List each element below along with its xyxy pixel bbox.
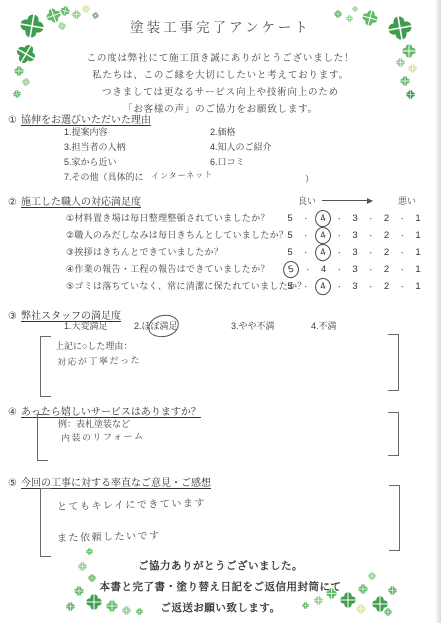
scale-dot: ・ (302, 231, 309, 241)
example-label: 例：表札塗装など (58, 417, 130, 430)
clover-icon (400, 76, 410, 86)
right-bracket (389, 485, 400, 551)
clover-icon (12, 89, 21, 98)
right-bracket (388, 334, 399, 391)
rating-scale: 5・4・3・2・1 (283, 227, 425, 244)
rating-row: ⑤ゴミは落ちていなく、常に清潔に保たれていましたか？ 5・4・3・2・1 (0, 278, 441, 294)
option-very-satisfied[interactable]: 1.大変満足 (64, 319, 108, 332)
other-handwritten-answer: インターネット (151, 169, 214, 182)
intro-line: つきましては更なるサービス向上や技術向上のため (0, 84, 441, 101)
footer-line: 本書と完了書・塗り替え日記をご返信用封筒にて (0, 577, 441, 598)
scale-dot: ・ (336, 214, 343, 224)
scale-dot: ・ (302, 214, 309, 224)
closing-paren: ） (305, 172, 314, 185)
left-bracket (40, 336, 51, 397)
rating-3[interactable]: 3 (348, 279, 362, 294)
comment-handwritten-line: とてもキレイにできています (57, 496, 206, 511)
rating-row: ④作業の報告・工程の報告はできていましたか？ 5・4・3・2・1 (0, 261, 441, 277)
clover-icon (314, 596, 323, 605)
scale-dot: ・ (367, 282, 374, 292)
option-other-label[interactable]: 7.その他（具体的に (64, 172, 144, 182)
clover-icon (14, 66, 24, 76)
clover-icon (388, 586, 397, 595)
option-proposal[interactable]: 1.提案内容 (64, 125, 210, 140)
rating-2[interactable]: 2 (380, 279, 394, 294)
rating-2[interactable]: 2 (380, 245, 394, 260)
scale-dot: ・ (336, 231, 343, 241)
rating-selected-4[interactable]: 4 (313, 242, 333, 262)
scale-dot: ・ (336, 265, 343, 275)
clover-icon (136, 608, 143, 615)
section-2-heading: ②施工した職人の対応満足度 (8, 193, 141, 208)
scale-good-label: 良い (298, 194, 316, 207)
rating-5[interactable]: 5 (283, 228, 297, 243)
rating-1[interactable]: 1 (411, 228, 425, 243)
clover-icon (86, 548, 93, 555)
left-bracket (37, 414, 48, 461)
option-price[interactable]: 2.価格 (210, 125, 272, 140)
clover-icon (326, 588, 337, 599)
section-1-number: ① (8, 115, 17, 126)
rating-2[interactable]: 2 (380, 228, 394, 243)
reason-handwritten-answer: 対応が丁寧だった (57, 354, 141, 367)
rating-question: ③挨拶はきちんとできていましたか？ (66, 245, 223, 258)
clover-icon (21, 77, 30, 86)
clover-icon (78, 562, 87, 571)
rating-selected-5[interactable]: 5 (281, 259, 301, 279)
rating-scale: 5・4・3・2・1 (283, 278, 425, 295)
scale-dot: ・ (399, 214, 406, 224)
rating-row: ①材料置き場は毎日整理整頓されていましたか？ 5・4・3・2・1 (0, 210, 441, 226)
clover-icon (352, 6, 358, 12)
section-2-number: ② (8, 197, 17, 208)
option-staff-personality[interactable]: 3.担当者の人柄 (64, 140, 210, 155)
rating-3[interactable]: 3 (348, 211, 362, 226)
rating-3[interactable]: 3 (348, 245, 362, 260)
rating-3[interactable]: 3 (348, 262, 362, 277)
option-referral[interactable]: 4.知人のご紹介 (210, 140, 272, 155)
option-near-home[interactable]: 5.家から近い (64, 155, 210, 170)
reason-label: 上記に○した理由： (55, 339, 132, 352)
selection-circle (146, 312, 180, 339)
rating-row: ②職人のみだしなみは毎日きちんとしていましたか？ 5・4・3・2・1 (0, 227, 441, 243)
clover-icon (82, 5, 90, 13)
arrow-right-icon (322, 200, 372, 201)
scale-dot: ・ (399, 265, 406, 275)
clover-icon (122, 606, 131, 615)
rating-row: ③挨拶はきちんとできていましたか？ 5・4・3・2・1 (0, 244, 441, 260)
right-bracket (388, 412, 399, 456)
rating-1[interactable]: 1 (411, 245, 425, 260)
clover-icon (302, 602, 309, 609)
intro-line: 私たちは、このご縁を大切にしたいと考えております。 (0, 67, 441, 84)
clover-icon (88, 574, 96, 582)
rating-selected-4[interactable]: 4 (313, 276, 333, 296)
rating-scale: 5・4・3・2・1 (283, 261, 425, 278)
clover-icon (384, 608, 392, 616)
scale-dot: ・ (302, 248, 309, 258)
clover-icon (340, 592, 356, 608)
option-somewhat-dissatisfied[interactable]: 3.やや不満 (231, 319, 275, 332)
section-1-heading: ①協伸をお選びいただいた理由 (8, 111, 151, 126)
rating-4[interactable]: 4 (317, 262, 331, 277)
rating-2[interactable]: 2 (380, 262, 394, 277)
left-bracket (40, 488, 51, 557)
clover-icon (72, 10, 81, 19)
rating-question: ②職人のみだしなみは毎日きちんとしていましたか？ (66, 228, 288, 241)
intro-text: この度は弊社にて施工頂き誠にありがとうございました！ 私たちは、このご縁を大切に… (0, 50, 441, 118)
scale-dot: ・ (367, 231, 374, 241)
scale-dot: ・ (367, 248, 374, 258)
clover-icon (402, 44, 416, 58)
rating-3[interactable]: 3 (348, 228, 362, 243)
scale-dot: ・ (399, 231, 406, 241)
option-dissatisfied[interactable]: 4.不満 (311, 319, 337, 332)
clover-icon (408, 64, 417, 73)
rating-5[interactable]: 5 (283, 211, 297, 226)
rating-selected-4[interactable]: 4 (313, 208, 333, 228)
rating-scale: 5・4・3・2・1 (283, 244, 425, 261)
clover-icon (406, 90, 415, 99)
rating-question: ④作業の報告・工程の報告はできていましたか？ (66, 262, 270, 275)
service-handwritten-answer: 内装のリフォーム (61, 430, 145, 443)
clover-icon (334, 10, 342, 18)
clover-icon (74, 586, 84, 596)
intro-line: この度は弊社にて施工頂き誠にありがとうございました！ (0, 50, 441, 67)
rating-1[interactable]: 1 (411, 211, 425, 226)
scale-dot: ・ (399, 248, 406, 258)
rating-selected-4[interactable]: 4 (313, 225, 333, 245)
rating-1[interactable]: 1 (411, 262, 425, 277)
section-3-options: 1.大変満足 2.ほぼ満足 3.やや不満 4.不満 (0, 319, 441, 333)
rating-2[interactable]: 2 (380, 211, 394, 226)
clover-icon (356, 604, 366, 614)
section-1-options: 1.提案内容 2.価格 3.担当者の人柄 4.知人のご紹介 5.家から近い 6.… (64, 125, 272, 170)
rating-5[interactable]: 5 (283, 245, 297, 260)
scale-dot: ・ (399, 282, 406, 292)
clover-icon (368, 572, 376, 580)
scale-dot: ・ (302, 282, 309, 292)
survey-page: 塗装工事完了アンケート この度は弊社にて施工頂き誠にありがとうございました！ 私… (0, 0, 441, 623)
clover-icon (396, 58, 405, 67)
clover-icon (358, 584, 368, 594)
clover-icon (106, 600, 118, 612)
scale-dot: ・ (304, 265, 311, 275)
clover-icon (86, 594, 102, 610)
clover-icon (18, 12, 46, 40)
scale-bad-label: 悪い (398, 194, 416, 207)
section-2-title: 施工した職人の対応満足度 (21, 197, 141, 208)
clover-icon (66, 602, 75, 611)
scale-dot: ・ (367, 214, 374, 224)
section-5-number: ⑤ (8, 478, 17, 489)
scale-dot: ・ (367, 265, 374, 275)
option-word-of-mouth[interactable]: 6.口コミ (210, 155, 272, 170)
clover-icon (386, 14, 414, 42)
rating-question: ⑤ゴミは落ちていなく、常に清潔に保たれていましたか？ (66, 279, 307, 292)
section-4-number: ④ (8, 407, 17, 418)
scale-dot: ・ (336, 248, 343, 258)
rating-scale: 5・4・3・2・1 (283, 210, 425, 227)
comment-handwritten-line: また依頼したいです (57, 528, 161, 543)
rating-5[interactable]: 5 (283, 279, 297, 294)
clover-icon (346, 15, 353, 22)
rating-1[interactable]: 1 (411, 279, 425, 294)
section-5-heading: ⑤今回の工事に対する率直なご意見・ご感想 (8, 474, 211, 489)
rating-question: ①材料置き場は毎日整理整頓されていましたか？ (66, 211, 270, 224)
scale-dot: ・ (336, 282, 343, 292)
section-1-other-row: 7.その他（具体的に インターネット ） (64, 170, 314, 183)
